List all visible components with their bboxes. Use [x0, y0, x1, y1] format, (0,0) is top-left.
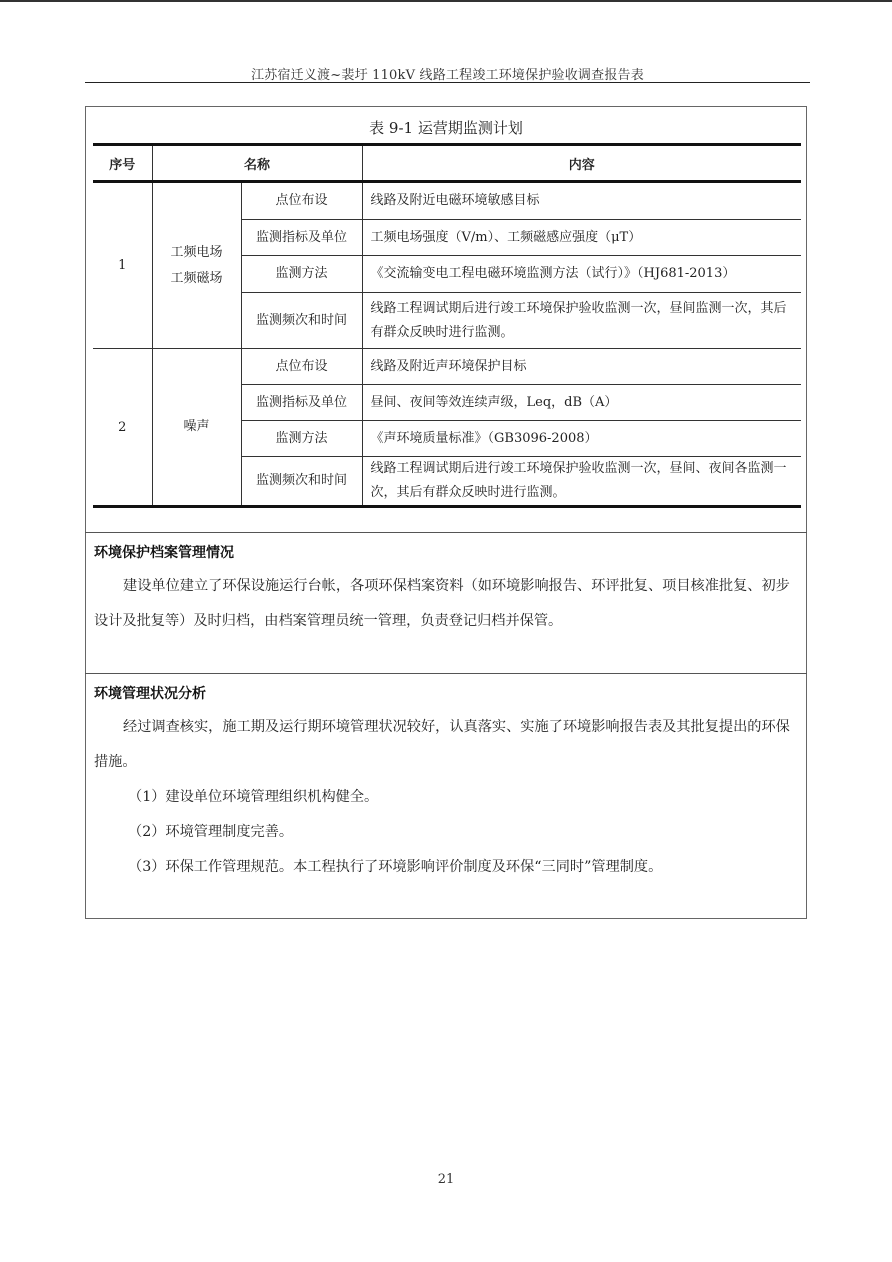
table-row: 1 工频电场 工频磁场 点位布设 线路及附近电磁环境敏感目标 [93, 182, 801, 220]
item-cell: 点位布设 [241, 349, 362, 385]
name-line: 工频电场 [161, 240, 233, 266]
table-caption: 表 9-1 运营期监测计划 [86, 117, 806, 138]
item-cell: 监测方法 [241, 421, 362, 457]
seq-cell: 2 [93, 349, 152, 507]
content-cell: 工频电场强度（V/m）、工频磁感应强度（μT） [362, 220, 801, 256]
column-header-name: 名称 [152, 145, 362, 182]
paragraph: 建设单位建立了环保设施运行台帐，各项环保档案资料（如环境影响报告、环评批复、项目… [94, 569, 800, 639]
page-top-border [0, 0, 892, 2]
list-item: （2）环境管理制度完善。 [94, 815, 800, 850]
item-cell: 监测频次和时间 [241, 293, 362, 349]
content-cell: 线路工程调试期后进行竣工环境保护验收监测一次，昼间监测一次，其后有群众反映时进行… [362, 293, 801, 349]
content-cell: 线路及附近电磁环境敏感目标 [362, 182, 801, 220]
section-title: 环境保护档案管理情况 [94, 542, 234, 562]
name-line: 噪声 [161, 414, 233, 440]
content-cell: 《交流输变电工程电磁环境监测方法（试行）》（HJ681-2013） [362, 256, 801, 293]
name-cell: 工频电场 工频磁场 [152, 182, 241, 349]
item-cell: 监测方法 [241, 256, 362, 293]
section-title: 环境管理状况分析 [94, 683, 206, 703]
column-header-seq: 序号 [93, 145, 152, 182]
page-number: 21 [0, 1172, 892, 1187]
seq-cell: 1 [93, 182, 152, 349]
header-rule [85, 82, 810, 83]
content-cell: 线路工程调试期后进行竣工环境保护验收监测一次，昼间、夜间各监测一次，其后有群众反… [362, 457, 801, 507]
name-cell: 噪声 [152, 349, 241, 507]
content-cell: 线路及附近声环境保护目标 [362, 349, 801, 385]
column-header-content: 内容 [362, 145, 801, 182]
archive-management-section: 环境保护档案管理情况 建设单位建立了环保设施运行台帐，各项环保档案资料（如环境影… [85, 532, 807, 674]
paragraph: 经过调查核实，施工期及运行期环境管理状况较好，认真落实、实施了环境影响报告表及其… [94, 710, 800, 780]
table-row: 2 噪声 点位布设 线路及附近声环境保护目标 [93, 349, 801, 385]
item-cell: 监测频次和时间 [241, 457, 362, 507]
item-cell: 监测指标及单位 [241, 385, 362, 421]
monitoring-plan-table: 序号 名称 内容 1 工频电场 工频磁场 点位布设 线路及附近电磁环境敏感目标 … [93, 143, 801, 508]
list-item: （1）建设单位环境管理组织机构健全。 [94, 780, 800, 815]
item-cell: 点位布设 [241, 182, 362, 220]
running-header: 江苏宿迁义渡~裴圩 110kV 线路工程竣工环境保护验收调查报告表 [85, 64, 810, 83]
content-cell: 《声环境质量标准》（GB3096-2008） [362, 421, 801, 457]
content-cell: 昼间、夜间等效连续声级，Leq，dB（A） [362, 385, 801, 421]
name-line: 工频磁场 [161, 266, 233, 292]
management-analysis-section: 环境管理状况分析 经过调查核实，施工期及运行期环境管理状况较好，认真落实、实施了… [85, 673, 807, 920]
list-item: （3）环保工作管理规范。本工程执行了环境影响评价制度及环保“三同时”管理制度。 [94, 850, 800, 885]
section-body: 建设单位建立了环保设施运行台帐，各项环保档案资料（如环境影响报告、环评批复、项目… [94, 569, 800, 639]
table-header-row: 序号 名称 内容 [93, 145, 801, 182]
section-body: 经过调查核实，施工期及运行期环境管理状况较好，认真落实、实施了环境影响报告表及其… [94, 710, 800, 885]
item-cell: 监测指标及单位 [241, 220, 362, 256]
